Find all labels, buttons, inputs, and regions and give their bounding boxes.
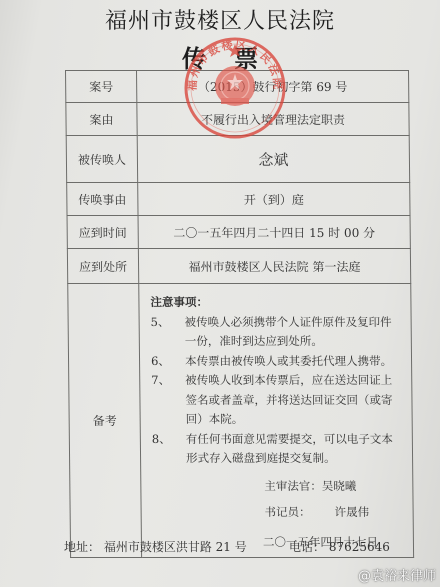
weibo-watermark: @袁裕来律师 xyxy=(358,565,436,584)
note-number: 6、 xyxy=(151,352,185,372)
clerk-line: 书记员：许晟伟 xyxy=(153,503,402,529)
note-text: 被传唤人必须携带个人证件原件及复印件一份，准时到达应到处所。 xyxy=(185,313,400,352)
summons-document: 福州市鼓楼区人民法院 传票 案号 （2015）鼓行初字第 69 号 案由 不履行… xyxy=(0,0,440,587)
notes-block: 注意事项： 5、 被传唤人必须携带个人证件原件及复印件一份，准时到达应到处所。 … xyxy=(140,285,412,556)
court-address: 地址： 福州市鼓楼区洪甘路 21 号 xyxy=(64,540,247,554)
judge-label: 主审法官： xyxy=(264,479,322,493)
note-number: 8、 xyxy=(152,430,186,469)
appearance-place-label: 应到处所 xyxy=(67,249,138,284)
row-case-cause: 案由 不履行出入境管理法定职责 xyxy=(66,103,409,136)
row-summons-reason: 传唤事由 开（到）庭 xyxy=(67,183,410,216)
court-name: 福州市鼓楼区人民法院 xyxy=(0,4,440,35)
appearance-time-value: 二〇一五年四月二十四日 15 时 00 分 xyxy=(138,216,410,249)
document-title: 传票 xyxy=(0,39,440,74)
judge-line: 主审法官：吴晓曦 xyxy=(152,477,401,503)
remarks-cell: 注意事项： 5、 被传唤人必须携带个人证件原件及复印件一份，准时到达应到处所。 … xyxy=(139,284,414,558)
summoned-person-value: 念斌 xyxy=(137,136,409,183)
note-item: 5、 被传唤人必须携带个人证件原件及复印件一份，准时到达应到处所。 xyxy=(151,313,400,352)
row-appearance-time: 应到时间 二〇一五年四月二十四日 15 时 00 分 xyxy=(67,216,410,249)
note-item: 8、 有任何书面意见需要提交，可以电子文本形式存入磁盘到庭提交复制。 xyxy=(152,430,401,469)
note-item: 7、 被传唤人收到本传票后，应在送达回证上签名或者盖章，并将送达回证交回（或寄回… xyxy=(151,371,401,430)
summons-reason-value: 开（到）庭 xyxy=(138,183,410,216)
case-number-value: （2015）鼓行初字第 69 号 xyxy=(137,71,409,103)
appearance-place-value: 福州市鼓楼区人民法院 第一法庭 xyxy=(138,249,410,284)
appearance-time-label: 应到时间 xyxy=(67,216,138,249)
case-cause-value: 不履行出入境管理法定职责 xyxy=(137,103,409,136)
case-cause-label: 案由 xyxy=(66,103,137,136)
summons-table: 案号 （2015）鼓行初字第 69 号 案由 不履行出入境管理法定职责 被传唤人… xyxy=(65,70,414,558)
footer: 地址： 福州市鼓楼区洪甘路 21 号 电话： 87625646 xyxy=(64,538,374,555)
row-case-number: 案号 （2015）鼓行初字第 69 号 xyxy=(66,71,409,103)
note-text: 有任何书面意见需要提交，可以电子文本形式存入磁盘到庭提交复制。 xyxy=(186,430,401,469)
clerk-label: 书记员： xyxy=(265,505,311,519)
remarks-label: 备考 xyxy=(68,284,142,558)
case-number-label: 案号 xyxy=(66,71,137,103)
row-summoned-person: 被传唤人 念斌 xyxy=(66,136,409,183)
court-phone: 电话： 87625646 xyxy=(289,538,390,555)
note-text: 本传票由被传唤人或其委托代理人携带。 xyxy=(185,352,400,372)
note-text: 被传唤人收到本传票后，应在送达回证上签名或者盖章，并将送达回证交回（或寄回）本院… xyxy=(185,371,401,430)
note-item: 6、 本传票由被传唤人或其委托代理人携带。 xyxy=(151,352,400,372)
note-number: 7、 xyxy=(151,371,186,430)
note-number: 5、 xyxy=(151,313,185,352)
judge-name: 吴晓曦 xyxy=(322,479,357,493)
clerk-name: 许晟伟 xyxy=(335,505,370,519)
row-remarks: 备考 注意事项： 5、 被传唤人必须携带个人证件原件及复印件一份，准时到达应到处… xyxy=(68,284,414,558)
summoned-person-label: 被传唤人 xyxy=(66,136,137,183)
notes-heading: 注意事项： xyxy=(150,293,399,313)
summons-reason-label: 传唤事由 xyxy=(67,183,138,216)
row-appearance-place: 应到处所 福州市鼓楼区人民法院 第一法庭 xyxy=(67,249,410,284)
